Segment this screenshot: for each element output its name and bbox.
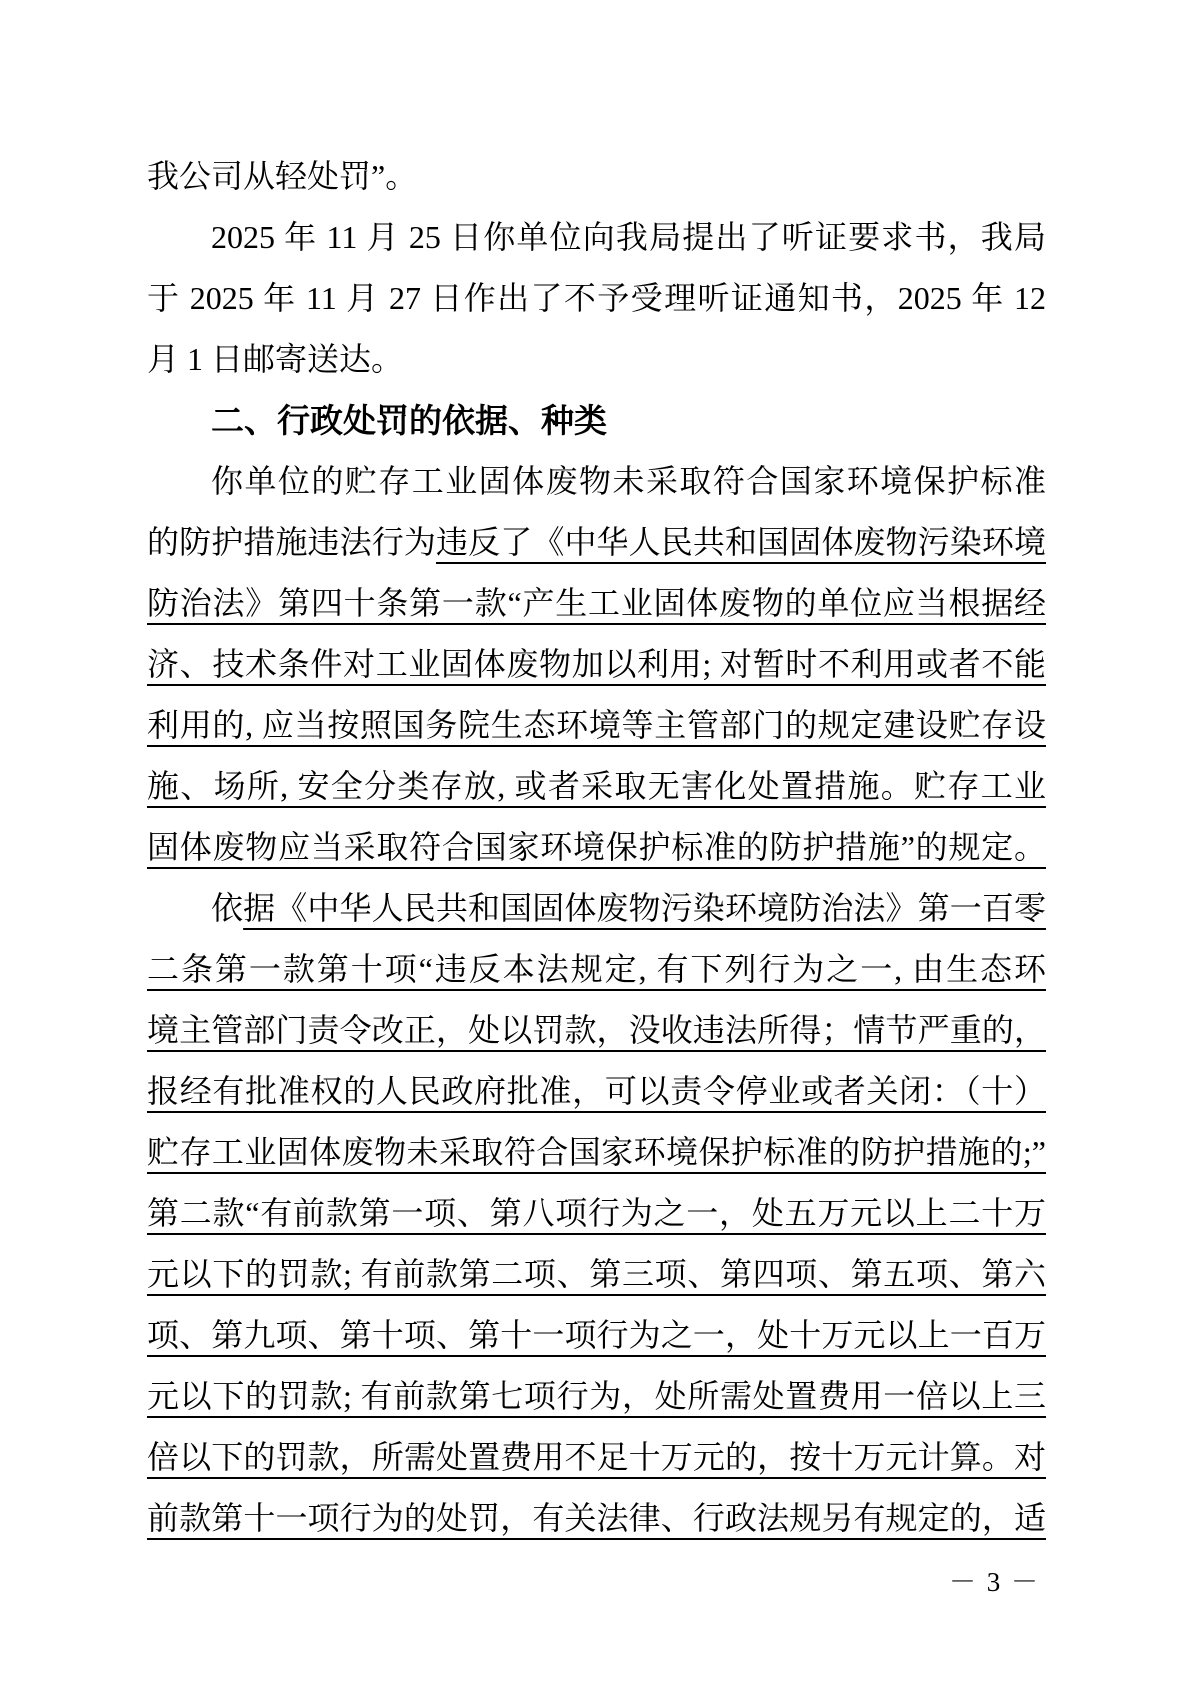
document-line: 境主管部门责令改正，处以罚款，没收违法所得；情节严重的，: [147, 1000, 1046, 1061]
underlined-law-citation: 第二款“有前款第一项、第八项行为之一，处五万元以上二十万: [147, 1195, 1046, 1231]
underlined-law-citation: 项、第九项、第十项、第十一项行为之一，处十万元以上一百万: [147, 1317, 1046, 1353]
underlined-law-citation: 二条第一款第十项“违反本法规定, 有下列行为之一, 由生态环: [147, 951, 1046, 987]
document-line: 我公司从轻处罚”。: [147, 146, 1046, 207]
document-line: 第二款“有前款第一项、第八项行为之一，处五万元以上二十万: [147, 1183, 1046, 1244]
document-line: 于 2025 年 11 月 27 日作出了不予受理听证通知书，2025 年 12: [147, 268, 1046, 329]
document-line: 报经有批准权的人民政府批准，可以责令停业或者关闭：（十）: [147, 1061, 1046, 1122]
document-line: 依据《中华人民共和国固体废物污染环境防治法》第一百零: [147, 878, 1046, 939]
document-line: 固体废物应当采取符合国家环境保护标准的防护措施”的规定。: [147, 817, 1046, 878]
underlined-law-citation: 前款第十一项行为的处罚，有关法律、行政法规另有规定的，适: [147, 1500, 1046, 1536]
underlined-law-citation: 利用的, 应当按照国务院生态环境等主管部门的规定建设贮存设: [147, 707, 1046, 743]
document-line: 元以下的罚款; 有前款第七项行为，处所需处置费用一倍以上三: [147, 1366, 1046, 1427]
underlined-law-citation: 济、技术条件对工业固体废物加以利用; 对暂时不利用或者不能: [147, 646, 1046, 682]
text-segment: 依: [211, 890, 243, 926]
document-line: 二条第一款第十项“违反本法规定, 有下列行为之一, 由生态环: [147, 939, 1046, 1000]
document-line: 利用的, 应当按照国务院生态环境等主管部门的规定建设贮存设: [147, 695, 1046, 756]
underlined-law-citation: 倍以下的罚款，所需处置费用不足十万元的，按十万元计算。对: [147, 1439, 1046, 1475]
underlined-law-citation: 据《中华人民共和国固体废物污染环境防治法》第一百零: [243, 890, 1046, 926]
document-line: 济、技术条件对工业固体废物加以利用; 对暂时不利用或者不能: [147, 634, 1046, 695]
text-segment: 2025 年 11 月 25 日你单位向我局提出了听证要求书，我局: [211, 219, 1046, 255]
document-line: 的防护措施违法行为违反了《中华人民共和国固体废物污染环境: [147, 512, 1046, 573]
underlined-law-citation: 报经有批准权的人民政府批准，可以责令停业或者关闭：（十）: [147, 1073, 1046, 1109]
document-line: 月 1 日邮寄送达。: [147, 329, 1046, 390]
document-line: 防治法》第四十条第一款“产生工业固体废物的单位应当根据经: [147, 573, 1046, 634]
document-line: 贮存工业固体废物未采取符合国家环境保护标准的防护措施的;”: [147, 1122, 1046, 1183]
underlined-law-citation: 防治法》第四十条第一款“产生工业固体废物的单位应当根据经: [147, 585, 1046, 621]
underlined-law-citation: 元以下的罚款; 有前款第二项、第三项、第四项、第五项、第六: [147, 1256, 1046, 1292]
document-line: 倍以下的罚款，所需处置费用不足十万元的，按十万元计算。对: [147, 1427, 1046, 1488]
underlined-law-citation: 贮存工业固体废物未采取符合国家环境保护标准的防护措施的;”: [147, 1134, 1046, 1170]
text-segment: 的防护措施违法行为: [147, 524, 436, 560]
document-line: 施、场所, 安全分类存放, 或者采取无害化处置措施。贮存工业: [147, 756, 1046, 817]
underlined-law-citation: 施、场所, 安全分类存放, 或者采取无害化处置措施。贮存工业: [147, 768, 1046, 804]
document-line: 前款第十一项行为的处罚，有关法律、行政法规另有规定的，适: [147, 1488, 1046, 1549]
text-segment: 你单位的贮存工业固体废物未采取符合国家环境保护标准: [211, 463, 1046, 499]
document-line: 2025 年 11 月 25 日你单位向我局提出了听证要求书，我局: [147, 207, 1046, 268]
underlined-law-citation: 违反了《中华人民共和国固体废物污染环境: [436, 524, 1046, 560]
text-segment: 我公司从轻处罚”。: [147, 158, 417, 194]
document-line: 你单位的贮存工业固体废物未采取符合国家环境保护标准: [147, 451, 1046, 512]
underlined-law-citation: 固体废物应当采取符合国家环境保护标准的防护措施”的规定。: [147, 829, 1046, 865]
document-body: 我公司从轻处罚”。2025 年 11 月 25 日你单位向我局提出了听证要求书，…: [147, 146, 1046, 1549]
underlined-law-citation: 境主管部门责令改正，处以罚款，没收违法所得；情节严重的，: [147, 1012, 1046, 1048]
section-heading: 二、行政处罚的依据、种类: [147, 390, 1046, 451]
underlined-law-citation: 元以下的罚款; 有前款第七项行为，处所需处置费用一倍以上三: [147, 1378, 1046, 1414]
text-segment: 于 2025 年 11 月 27 日作出了不予受理听证通知书，2025 年 12: [147, 280, 1046, 316]
page-number: － 3 －: [949, 1560, 1040, 1599]
document-line: 元以下的罚款; 有前款第二项、第三项、第四项、第五项、第六: [147, 1244, 1046, 1305]
document-line: 项、第九项、第十项、第十一项行为之一，处十万元以上一百万: [147, 1305, 1046, 1366]
document-page: 我公司从轻处罚”。2025 年 11 月 25 日你单位向我局提出了听证要求书，…: [0, 0, 1190, 1684]
text-segment: 二、行政处罚的依据、种类: [211, 402, 607, 439]
text-segment: 月 1 日邮寄送达。: [147, 341, 403, 377]
